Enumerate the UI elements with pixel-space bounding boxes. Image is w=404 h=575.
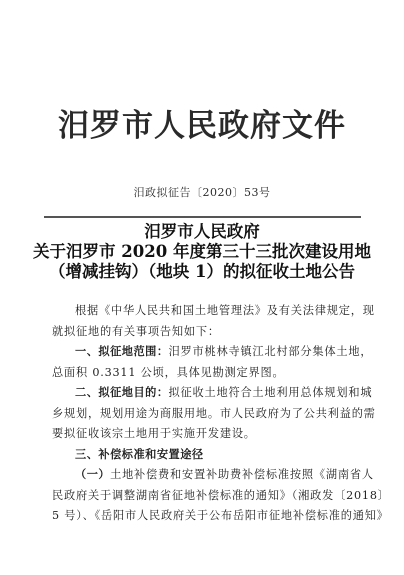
section-3-sub1-line-1: （一）土地补偿费和安置补助费补偿标准按照《湖南省人: [52, 465, 372, 486]
section-2-line-3: 要拟征收该宗土地用于实施开发建设。: [52, 424, 372, 445]
section-2-line-1: 二、拟征地目的：拟征收土地符合土地利用总体规划和城: [52, 383, 372, 404]
document-header-title: 汨罗市人民政府文件: [0, 106, 404, 146]
document-page: 汨罗市人民政府文件 汨政拟征告〔2020〕53号 汨罗市人民政府 关于汨罗市 2…: [0, 0, 404, 575]
section-1-line-2: 总面积 0.3311 公顷，具体见勘测定界图。: [52, 363, 372, 384]
section-3-sub1-prefix: （一）: [75, 468, 110, 481]
notice-body: 根据《中华人民共和国土地管理法》及有关法律规定，现 就拟征地的有关事项告知如下：…: [52, 301, 372, 527]
section-2-heading: 二、拟征地目的：: [75, 386, 169, 399]
section-3-sub1-line-3: 5 号）、《岳阳市人民政府关于公布岳阳市征地补偿标准的通知》: [52, 506, 372, 527]
notice-title-line-1: 汨罗市人民政府: [0, 222, 404, 242]
header-divider: [44, 216, 361, 218]
section-3-heading: 三、补偿标准和安置途径: [52, 445, 372, 466]
section-1-heading: 一、拟征地范围：: [75, 345, 169, 358]
notice-title: 汨罗市人民政府 关于汨罗市 2020 年度第三十三批次建设用地 （增减挂钩）（地…: [0, 222, 404, 282]
section-1-text: 汨罗市桃林寺镇江北村部分集体土地，: [169, 345, 373, 358]
section-3-sub1-text: 土地补偿费和安置补助费补偿标准按照《湖南省人: [110, 468, 374, 481]
document-number: 汨政拟征告〔2020〕53号: [0, 184, 404, 200]
intro-line-1: 根据《中华人民共和国土地管理法》及有关法律规定，现: [52, 301, 372, 322]
notice-title-line-2: 关于汨罗市 2020 年度第三十三批次建设用地: [0, 242, 404, 262]
section-3-sub1-line-2: 民政府关于调整湖南省征地补偿标准的通知》（湘政发〔2018〕: [52, 486, 372, 507]
section-1-line-1: 一、拟征地范围：汨罗市桃林寺镇江北村部分集体土地，: [52, 342, 372, 363]
notice-title-line-3: （增减挂钩）（地块 1）的拟征收土地公告: [0, 262, 404, 282]
section-2-line-2: 乡规划，规划用途为商服用地。市人民政府为了公共利益的需: [52, 404, 372, 425]
section-2-text: 拟征收土地符合土地利用总体规划和城: [169, 386, 373, 399]
intro-line-2: 就拟征地的有关事项告知如下：: [52, 322, 372, 343]
